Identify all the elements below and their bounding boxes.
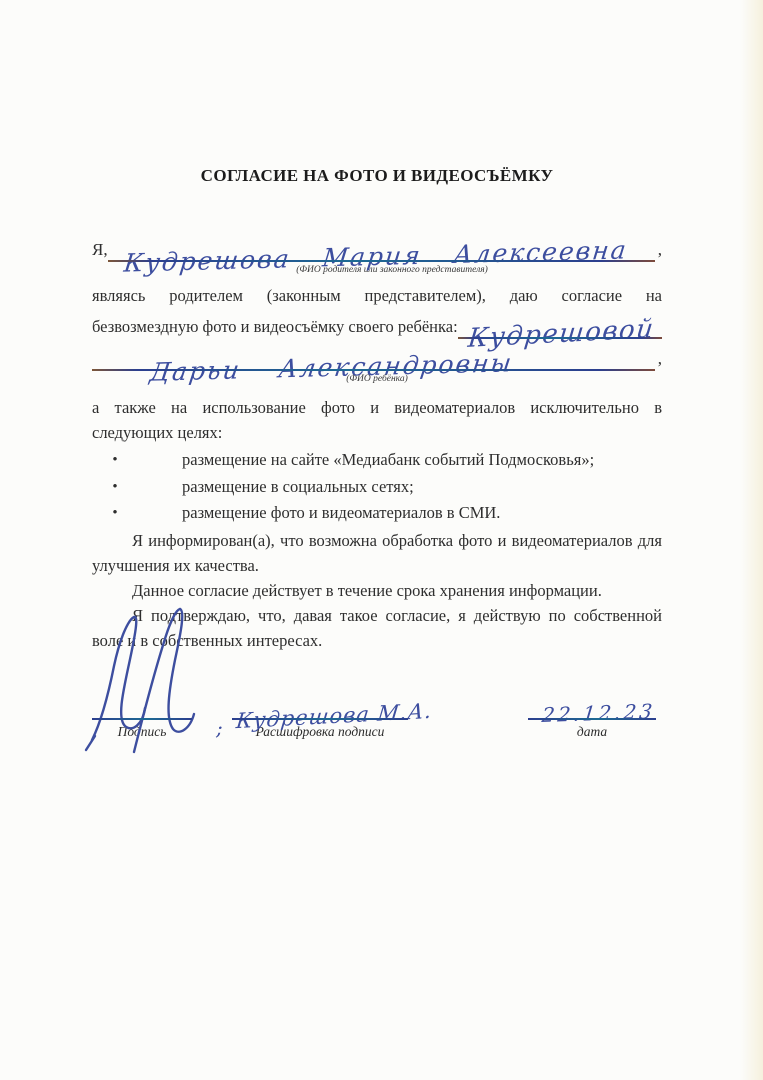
purposes-line-2: следующих целях: <box>92 420 662 445</box>
transcript-line: Кудрешова М.А. <box>232 706 408 720</box>
bullet-item: • размещение на сайте «Медиабанк событий… <box>92 447 662 474</box>
bullet-item: • размещение в социальных сетях; <box>92 474 662 501</box>
date-column: 22.12.23 дата <box>528 703 656 740</box>
processing-paragraph: Я информирован(а), что возможна обработк… <box>92 528 662 578</box>
signature-scribble-icon <box>84 602 204 754</box>
underline-rule <box>528 718 656 720</box>
bullet-text: размещение в социальных сетях; <box>138 474 414 501</box>
bullet-text: размещение фото и видеоматериалов в СМИ. <box>138 500 500 527</box>
consent-paragraph: являясь родителем (законным представител… <box>92 283 662 385</box>
underline-rule <box>92 369 655 371</box>
parent-name-underline: Кудрешова Мария Алексеевна <box>108 244 655 262</box>
page-title: СОГЛАСИЕ НА ФОТО И ВИДЕОСЪЁМКУ <box>92 163 662 188</box>
consent-line-2-text: безвозмездную фото и видеосъёмку своего … <box>92 314 458 339</box>
document-content: СОГЛАСИЕ НА ФОТО И ВИДЕОСЪЁМКУ Я, Кудреш… <box>92 0 662 740</box>
signature-column: Подпись <box>92 710 192 740</box>
underline-rule <box>232 718 408 720</box>
underline-rule <box>458 337 662 339</box>
consent-line-2: безвозмездную фото и видеосъёмку своего … <box>92 309 662 339</box>
intro-prefix: Я, <box>92 237 108 262</box>
underline-rule <box>92 718 192 720</box>
bullet-text: размещение на сайте «Медиабанк событий П… <box>138 447 594 474</box>
underline-rule <box>108 260 655 262</box>
purposes-paragraph: а также на использование фото и видеомат… <box>92 395 662 527</box>
bullet-list: • размещение на сайте «Медиабанк событий… <box>92 447 662 527</box>
trailing-comma: , <box>655 237 662 262</box>
date-line: 22.12.23 <box>528 703 656 720</box>
intro-line: Я, Кудрешова Мария Алексеевна , <box>92 226 662 262</box>
page-edge-shadow <box>741 0 763 1080</box>
validity-paragraph: Данное согласие действует в течение срок… <box>92 578 662 603</box>
bullet-item: • размещение фото и видеоматериалов в СМ… <box>92 500 662 527</box>
purposes-line-1: а также на использование фото и видеомат… <box>92 395 662 420</box>
transcript-column: ; Кудрешова М.А. Расшифровка подписи <box>232 706 408 740</box>
transcript-prefix-stroke: ; <box>216 718 223 738</box>
child-name-underline-2: Дарьи Александровны <box>92 355 655 371</box>
bullet-marker: • <box>92 474 138 501</box>
signature-block: Подпись ; Кудрешова М.А. Расшифровка под… <box>92 703 662 740</box>
scanned-document: СОГЛАСИЕ НА ФОТО И ВИДЕОСЪЁМКУ Я, Кудреш… <box>0 0 763 1080</box>
signature-line <box>92 710 192 720</box>
child-name-underline-1: Кудрешовой <box>458 321 662 339</box>
date-handwriting: 22.12.23 <box>541 700 656 724</box>
bullet-marker: • <box>92 500 138 527</box>
bullet-marker: • <box>92 447 138 474</box>
consent-line-1: являясь родителем (законным представител… <box>92 283 662 308</box>
trailing-comma: , <box>655 346 662 371</box>
